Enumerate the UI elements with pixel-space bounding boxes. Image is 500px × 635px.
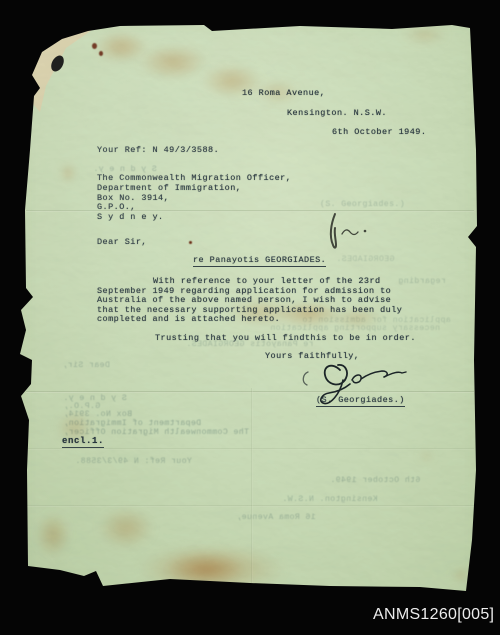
stain <box>450 565 472 585</box>
ghost-text-line: Department of Immigration, <box>63 420 201 428</box>
fold-crease <box>26 210 474 212</box>
ghost-text-line: 16 Roma Avenue, <box>236 514 316 522</box>
recipient-line-1: The Commonwealth Migration Officer, <box>97 174 291 183</box>
ink-fleck <box>99 51 103 56</box>
fold-crease <box>26 391 474 393</box>
stain <box>58 160 78 186</box>
ink-fleck <box>92 43 97 49</box>
sender-address-line-1: 16 Roma Avenue, <box>242 89 325 98</box>
stain <box>30 505 76 565</box>
archive-reference-label: ANMS1260[005] <box>373 606 494 624</box>
fold-crease <box>26 505 474 507</box>
ghost-text-line: Dear Sir, <box>62 362 110 370</box>
closing-line-2: Yours faithfully, <box>265 352 359 361</box>
stain <box>395 22 455 48</box>
subject-line: re Panayotis GEORGIADES. <box>193 256 326 267</box>
salutation: Dear Sir, <box>97 238 147 247</box>
recipient-line-4: G.P.O., <box>97 203 136 212</box>
stain <box>88 500 164 556</box>
ghost-text-line: (S. Georgiades.) <box>320 201 405 209</box>
stain <box>148 545 260 593</box>
ghost-text-line: Box No. 3914, <box>63 411 132 419</box>
ghost-text-line: necessary supporting application <box>270 325 440 333</box>
reference-line: Your Ref: N 49/3/3588. <box>97 146 219 155</box>
ink-fleck <box>189 241 192 244</box>
fold-crease <box>251 388 253 588</box>
stain <box>418 450 434 463</box>
ghost-text-line: GEORGIADES. <box>336 256 394 264</box>
stain <box>112 535 312 603</box>
body-line-3: Australia of the above named person, I w… <box>97 296 391 305</box>
date-line: 6th October 1949. <box>332 128 426 137</box>
body-line-5: completed and is attached hereto. <box>97 315 280 324</box>
stain <box>84 26 158 68</box>
recipient-line-5: S y d n e y. <box>97 213 164 222</box>
sender-address-line-2: Kensington. N.S.W. <box>287 109 387 118</box>
letter-paper: S y d n e y.(S. Georgiades.)GEORGIADES.r… <box>0 0 500 635</box>
body-line-1: With reference to your letter of the 23r… <box>153 277 381 286</box>
pen-annotation-ink <box>326 212 374 256</box>
closing-line-1: Trusting that you will findthis to be in… <box>155 334 416 343</box>
ghost-text-line: Kensington. N.S.W. <box>282 496 378 504</box>
ghost-text-line: regarding <box>398 278 446 286</box>
photo-stage: S y d n e y.(S. Georgiades.)GEORGIADES.r… <box>0 0 500 635</box>
fold-crease <box>26 448 474 450</box>
ghost-text-line: 6th October 1949. <box>330 477 420 485</box>
recipient-line-2: Department of Immigration, <box>97 184 241 193</box>
enclosure-note: encl.1. <box>62 437 104 448</box>
ghost-text-line: Your Ref: N 49/3/3588. <box>75 458 192 466</box>
signatory-name: (S. Georgiades.) <box>316 396 405 407</box>
stain <box>126 38 220 86</box>
